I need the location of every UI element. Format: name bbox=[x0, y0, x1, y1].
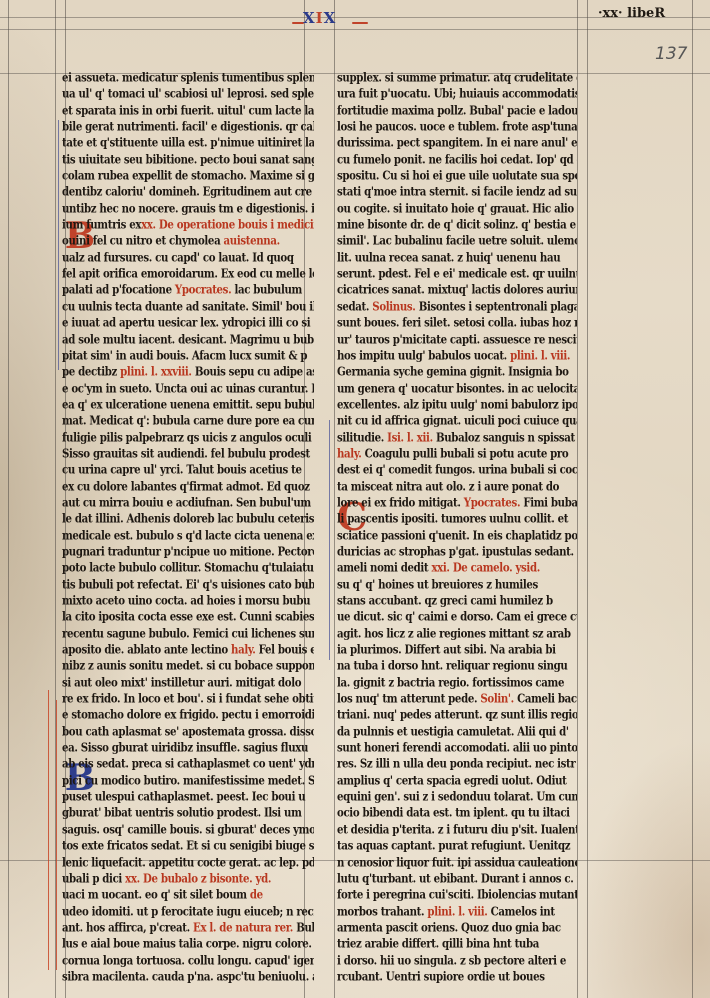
line-text: morbos trahant. bbox=[337, 904, 424, 918]
line-text: agit. hos licz z alie regiones mittant s… bbox=[337, 627, 571, 641]
book-number-part: X bbox=[303, 9, 316, 27]
line-text: puset ulespui cathaplasmet. peest. Iec b… bbox=[62, 790, 305, 804]
line-text: ou cogite. si inuitato hoie q' grauat. H… bbox=[337, 202, 577, 216]
book-number: XIX bbox=[303, 9, 336, 27]
folio-number: 137 bbox=[655, 44, 687, 64]
line-text: n cenosior liquor fuit. ipi assidua caul… bbox=[337, 855, 577, 869]
text-line: sibra macilenta. cauda p'na. aspc'tu ben… bbox=[62, 967, 314, 986]
line-text: poto lacte bubulo collitur. Stomachu q't… bbox=[62, 561, 314, 575]
line-text: stati q'moe intra sternit. si facile ien… bbox=[337, 185, 577, 199]
line-text: ab eis sedat. preca si cathaplasmet co u… bbox=[62, 757, 314, 771]
line-text: um genera q' uocatur bisontes. in ac uel… bbox=[337, 381, 577, 395]
rubric-text: Ypocrates. bbox=[172, 283, 232, 297]
line-text: Cameli bac bbox=[514, 692, 577, 706]
line-text: res. Sz illi n ulla deu ponda recipiut. … bbox=[337, 757, 575, 771]
line-text: uaci m uocant. eo q' sit silet boum bbox=[62, 888, 247, 902]
line-text: serunt. pdest. Fel e ei' medicale est. q… bbox=[337, 267, 577, 281]
line-text: fortitudie maxima pollz. Bubal' pacie e … bbox=[337, 104, 577, 118]
line-text: hos impitu uulg' babulos uocat. bbox=[337, 349, 507, 363]
line-text: ocio bibendi data est. tm iplent. qu tu … bbox=[337, 806, 570, 820]
line-text: triani. nuq' pedes atterunt. qz sunt ill… bbox=[337, 708, 577, 722]
line-text: los nuq' tm atterunt pede. bbox=[337, 692, 477, 706]
text-line: rcubant. Uentri supiore ordie ut boues bbox=[337, 967, 577, 986]
red-pen-flourish bbox=[56, 700, 57, 970]
line-text: ta misceat nitra aut olo. z i aure ponat… bbox=[337, 479, 559, 493]
book-number-part: I bbox=[316, 9, 324, 27]
line-text: ouini fel cu nitro et chymolea bbox=[62, 234, 220, 248]
line-text: aposito die. ablato ante lectino bbox=[62, 643, 228, 657]
line-text: aut cu mirra bouiu e acdiufnan. Sen bubu… bbox=[62, 496, 311, 510]
line-text: li pascentis ipositi. tumores uulnu coll… bbox=[337, 512, 568, 526]
line-text: ur' tauros p'micitate capti. assuesce re… bbox=[337, 332, 577, 346]
line-text: Camelos int bbox=[487, 904, 554, 918]
line-text: pitat sim' in audi bouis. Afacm lucx sum… bbox=[62, 349, 307, 363]
blue-pen-flourish bbox=[329, 420, 330, 660]
line-text: tos exte fricatos sedat. Et si cu senigi… bbox=[62, 839, 314, 853]
line-text: ura fuit p'uocatu. Ubi; huiauis accommod… bbox=[337, 87, 577, 101]
line-text: re ex frido. In loco et bou'. si i funda… bbox=[62, 692, 314, 706]
line-text: ei assueta. medicatur splenis tumentibus… bbox=[62, 71, 314, 85]
line-text: Germania syche gemina gignit. Insignia b… bbox=[337, 365, 569, 379]
line-text: ua ul' q' tomaci ul' scabiosi ul' lepros… bbox=[62, 87, 314, 101]
line-text: spositu. Cu si hoi ei gue uile uolutate … bbox=[337, 169, 577, 183]
line-text: duricias ac strophas p'gat. ipustulas se… bbox=[337, 545, 574, 559]
line-text: recentu sagune bubulo. Femici cui lichen… bbox=[62, 627, 314, 641]
ruling-line-vertical bbox=[334, 0, 335, 998]
line-text: ia plurimos. Differt aut sibi. Na arabia… bbox=[337, 643, 556, 657]
line-text: rcubant. Uentri supiore ordie ut boues bbox=[337, 970, 545, 984]
rubric-text: plini. l. xxviii. bbox=[117, 365, 192, 379]
line-text: sibra macilenta. cauda p'na. aspc'tu ben… bbox=[62, 970, 314, 984]
line-text: fuligie pilis palpebrarz qs uicis z angu… bbox=[62, 430, 311, 444]
line-text: ant. hos affirca, p'creat. bbox=[62, 921, 190, 935]
rubric-text: de bbox=[247, 888, 263, 902]
rubric-text: xx. De operatione bouis i medicinis. bbox=[141, 218, 314, 232]
line-text: pe dectibz bbox=[62, 365, 117, 379]
manuscript-page: XIX ·xx· libeR 137 B C B ei assueta. med… bbox=[0, 0, 710, 998]
line-text: mine bisonte dr. de q' dicit solinz. q' … bbox=[337, 218, 577, 232]
text-column-left: ei assueta. medicatur splenis tumentibus… bbox=[62, 70, 314, 985]
line-text: Coagulu pulli bubali si potu acute pro bbox=[361, 447, 568, 461]
line-text: medicale est. bubulo s q'd lacte cicta u… bbox=[62, 529, 314, 543]
rubric-text: xxi. De camelo. ysid. bbox=[428, 561, 540, 575]
line-text: et desidia p'terita. z i futuru diu p'si… bbox=[337, 823, 577, 837]
line-text: dentibz caloriu' domineh. Egritudinem au… bbox=[62, 185, 312, 199]
line-text: tas aquas captant. purat refugiunt. Ueni… bbox=[337, 839, 570, 853]
rubric-text: haly. bbox=[337, 447, 361, 461]
line-text: Sisso grauitas sit audiendi. fel bubulu … bbox=[62, 447, 310, 461]
line-text: colam rubea expellit de stomacho. Maxime… bbox=[62, 169, 314, 183]
line-text: equini gen'. sui z i sedonduu tolarat. U… bbox=[337, 790, 577, 804]
blue-pen-flourish bbox=[58, 120, 59, 370]
line-text: la. gignit z bactria regio. fortissimos … bbox=[337, 676, 564, 690]
line-text: udeo idomiti. ut p ferocitate iugu eiuce… bbox=[62, 904, 314, 918]
line-text: amplius q' certa spacia egredi uolut. Od… bbox=[337, 774, 567, 788]
line-text: ex cu dolore labantes q'firmat admot. Ed… bbox=[62, 479, 310, 493]
line-text: cornua longa tortuosa. collu longu. capu… bbox=[62, 953, 314, 967]
line-text: saguis. osq' camille bouis. si gburat' d… bbox=[62, 823, 314, 837]
line-text: cu uulnis tecta duante ad sanitate. Simi… bbox=[62, 300, 314, 314]
line-text: Bisontes i septentronali plaga bbox=[416, 300, 578, 314]
running-title: ·xx· libeR bbox=[598, 6, 665, 21]
line-text: stans accubant. qz greci cami humilez b bbox=[337, 594, 553, 608]
line-text: Bubaloz sanguis n spissat bbox=[433, 430, 575, 444]
line-text: supplex. si summe primatur. atq crudelit… bbox=[337, 71, 577, 85]
line-text: le dat illini. Adhenis doloreb lac bubul… bbox=[62, 512, 314, 526]
red-pen-flourish bbox=[48, 690, 49, 970]
line-text: excellentes. alz ipitu uulg' nomi babulo… bbox=[337, 398, 577, 412]
line-text: pugnari traduntur p'ncipue uo mitione. P… bbox=[62, 545, 314, 559]
rubric-text: Ex l. de natura rer. bbox=[190, 921, 293, 935]
line-text: la cito iposita cocta esse exe est. Cunn… bbox=[62, 610, 314, 624]
line-text: bile gerat nutrimenti. facil' e digestio… bbox=[62, 120, 314, 134]
line-text: ameli nomi dedit bbox=[337, 561, 428, 575]
rubric-text: plini. l. viii. bbox=[507, 349, 570, 363]
rubric-text: haly. bbox=[228, 643, 256, 657]
line-text: et sparata inis in orbi fuerit. uitul' c… bbox=[62, 104, 314, 118]
line-text: ium fumtris ex bbox=[62, 218, 141, 232]
line-text: lutu q'turbant. ut ebibant. Durant i ann… bbox=[337, 872, 577, 886]
line-text: armenta pascit oriens. Quoz duo gnia bac bbox=[337, 921, 561, 935]
header-flourish-right bbox=[352, 22, 368, 24]
ruling-line-vertical bbox=[577, 0, 578, 998]
ruling-line-vertical bbox=[8, 0, 9, 998]
line-text: e iuuat ad apertu uesicar lex. ydropici … bbox=[62, 316, 310, 330]
line-text: su q' q' hoines ut breuiores z humiles bbox=[337, 578, 538, 592]
rubric-text: plini. l. viii. bbox=[424, 904, 487, 918]
line-text: ad sole multu iacent. desicant. Magrimu … bbox=[62, 332, 314, 346]
line-text: lus e aial boue maius talia corpe. nigru… bbox=[62, 937, 314, 951]
line-text: cu fumelo ponit. ne facilis hoi cedat. I… bbox=[337, 153, 577, 167]
ruling-line-horizontal bbox=[0, 29, 710, 30]
line-text: i dorso. hii uo singula. z sb pectore al… bbox=[337, 953, 566, 967]
line-text: ea. Sisso gburat uiridibz insuffle. sagi… bbox=[62, 741, 308, 755]
line-text: durissima. pect spangitem. In ei nare an… bbox=[337, 136, 577, 150]
line-text: ea q' ex ulceratione uenena emittit. sep… bbox=[62, 398, 314, 412]
line-text: tis bubuli pot refectat. Ei' q's uisione… bbox=[62, 578, 314, 592]
line-text: losi he paucos. uoce e tublem. frote asp… bbox=[337, 120, 577, 134]
rubric-text: Isi. l. xii. bbox=[384, 430, 433, 444]
line-text: fel apit orifica emoroidarum. Ex eod cu … bbox=[62, 267, 314, 281]
line-text: ue dicut. sic q' caimi e dorso. Cam ei g… bbox=[337, 610, 577, 624]
line-text: si aut oleo mixt' instilletur auri. miti… bbox=[62, 676, 301, 690]
line-text: na tuba i dorso hnt. reliquar regionu si… bbox=[337, 659, 567, 673]
line-text: sedat. bbox=[337, 300, 369, 314]
book-number-part: X bbox=[324, 9, 337, 27]
line-text: Buba bbox=[293, 921, 314, 935]
line-text: cu urina capre ul' yrci. Talut bouis ace… bbox=[62, 463, 302, 477]
line-text: Fimi buba bbox=[520, 496, 577, 510]
line-text: simil'. Lac bubalinu facile uetre soluit… bbox=[337, 234, 577, 248]
line-text: forte i peregrina cui'sciti. Ibiolencias… bbox=[337, 888, 577, 902]
line-text: pici cu modico butiro. manifestissime me… bbox=[62, 774, 314, 788]
ruling-line-vertical bbox=[587, 0, 588, 998]
line-text: lit. uulna recea sanat. z huiq' uenenu h… bbox=[337, 251, 560, 265]
rubric-text: auistenna. bbox=[220, 234, 279, 248]
line-text: gburat' bibat uentris solutio prodest. I… bbox=[62, 806, 302, 820]
line-text: sunt boues. feri silet. setosi colla. iu… bbox=[337, 316, 577, 330]
rubric-text: Ypocrates. bbox=[461, 496, 521, 510]
line-text: Fel bouis em bbox=[255, 643, 314, 657]
line-text: bou cath aplasmat se' apostemata grossa.… bbox=[62, 725, 314, 739]
rubric-text: xx. De bubalo z bisonte. yd. bbox=[122, 872, 271, 886]
line-text: Bouis sepu cu adipe asino bbox=[192, 365, 314, 379]
line-text: dest ei q' comedit fungos. urina bubali … bbox=[337, 463, 577, 477]
line-text: ubali p dici bbox=[62, 872, 122, 886]
line-text: e stomacho dolore ex frigido. pectu i em… bbox=[62, 708, 314, 722]
ruling-line-vertical bbox=[692, 0, 693, 998]
line-text: silitudie. bbox=[337, 430, 384, 444]
line-text: untibz hec no nocere. grauis tm e digest… bbox=[62, 202, 314, 216]
line-text: tis uiuitate seu bibitione. pecto boui s… bbox=[62, 153, 314, 167]
line-text: nit cu id affrica gignat. uiculi poci cu… bbox=[337, 414, 577, 428]
line-text: triez arabie differt. qilli bina hnt tub… bbox=[337, 937, 539, 951]
line-text: nibz z aunis sonitu medet. si cu bobace … bbox=[62, 659, 314, 673]
line-text: mixto aceto uino cocta. ad hoies i morsu… bbox=[62, 594, 310, 608]
line-text: mat. Medicat q': bubula carne dure pore … bbox=[62, 414, 314, 428]
line-text: palati ad p'focatione bbox=[62, 283, 172, 297]
line-text: lenic liquefacit. appetitu cocte gerat. … bbox=[62, 855, 314, 869]
line-text: da pulnnis et uestigia camuletat. Alii q… bbox=[337, 725, 569, 739]
rubric-text: Solin'. bbox=[477, 692, 514, 706]
text-column-right: supplex. si summe primatur. atq crudelit… bbox=[337, 70, 577, 985]
line-text: ualz ad fursures. cu capd' co lauat. Id … bbox=[62, 251, 294, 265]
line-text: tate et q'stituente uilla est. p'nimue u… bbox=[62, 136, 314, 150]
line-text: lore ei ex frido mitigat. bbox=[337, 496, 461, 510]
line-text: sunt honeri ferendi accomodati. alii uo … bbox=[337, 741, 577, 755]
line-text: sciatice passioni q'uenit. In eis chapla… bbox=[337, 529, 577, 543]
line-text: lac bubulum bbox=[231, 283, 302, 297]
line-text: e oc'ym in sueto. Uncta oui ac uinas cur… bbox=[62, 381, 314, 395]
rubric-text: Solinus. bbox=[369, 300, 415, 314]
line-text: cicatrices sanat. mixtuq' lactis dolores… bbox=[337, 283, 577, 297]
